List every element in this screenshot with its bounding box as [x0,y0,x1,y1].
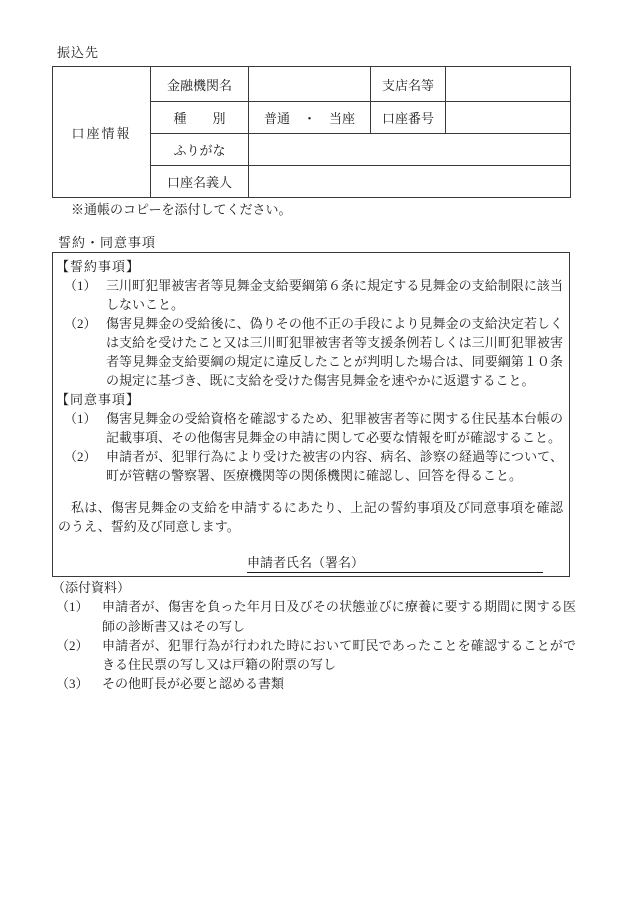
pledge-consent-box: 【誓約事項】 （1） 三川町犯罪被害者等見舞金支給要綱第６条に規定する見舞金の支… [52,252,570,577]
account-info-table: 口座情報 金融機関名 支店名等 種 別 普通 ・ 当座 口座番号 ふりがな 口座… [52,66,571,198]
form-page: 振込先 口座情報 金融機関名 支店名等 種 別 普通 ・ 当座 口座番号 ふりが… [0,0,630,903]
pledge-consent-heading: 誓約・同意事項 [58,232,156,251]
pledge-item-text: 三川町犯罪被害者等見舞金支給要綱第６条に規定する見舞金の支給制限に該当しないこと… [106,276,563,314]
account-type-options[interactable]: 普通 ・ 当座 [249,102,371,134]
furigana-field[interactable] [249,134,571,166]
attachment-item-number: （3） [56,674,102,693]
pledge-section-header: 【誓約事項】 [56,257,563,276]
pledge-item-number: （1） [64,276,106,295]
consent-item-text: 傷害見舞金の受給資格を確認するため、犯罪被害者等に関する住民基本台帳の記載事項、… [106,409,563,447]
account-number-label: 口座番号 [371,102,446,134]
account-type-label: 種 別 [151,102,249,134]
pledge-item: （1） 三川町犯罪被害者等見舞金支給要綱第６条に規定する見舞金の支給制限に該当し… [56,276,563,314]
pledge-item: （2） 傷害見舞金の受給後に、偽りその他不正の手段により見舞金の支給決定若しくは… [56,314,563,390]
declaration-paragraph: 私は、傷害見舞金の支給を申請するにあたり、上記の誓約事項及び同意事項を確認のうえ… [56,498,563,536]
furigana-label: ふりがな [151,134,249,166]
pledge-item-number: （2） [64,314,106,333]
table-row: 口座情報 金融機関名 支店名等 [53,67,571,102]
branch-name-field[interactable] [446,67,571,102]
signature-label: 申請者氏名（署名） [247,555,364,570]
attachments-section: （添付資料） （1） 申請者が、傷害を負った年月日及びその状態並びに療養に要する… [52,578,576,694]
account-holder-label: 口座名義人 [151,166,249,198]
transfer-destination-label: 振込先 [57,42,99,61]
account-number-field[interactable] [446,102,571,134]
attachment-item-number: （2） [56,636,102,655]
attachments-heading: （添付資料） [52,578,576,597]
branch-name-label: 支店名等 [371,67,446,102]
passbook-copy-note: ※通帳のコピーを添付してください。 [71,199,291,218]
consent-item: （2） 申請者が、犯罪行為により受けた被害の内容、病名、診察の経過等について、町… [56,447,563,485]
consent-section-header: 【同意事項】 [56,390,563,409]
attachment-item: （1） 申請者が、傷害を負った年月日及びその状態並びに療養に要する期間に関する医… [52,597,576,636]
attachment-item: （3） その他町長が必要と認める書類 [52,674,576,693]
attachment-item-number: （1） [56,597,102,616]
consent-item-number: （1） [64,409,106,428]
attachment-item-text: その他町長が必要と認める書類 [102,674,576,693]
attachment-item-text: 申請者が、犯罪行為が行われた時において町民であったことを確認することができる住民… [102,636,576,675]
account-holder-field[interactable] [249,166,571,198]
pledge-item-text: 傷害見舞金の受給後に、偽りその他不正の手段により見舞金の支給決定若しくは支給を受… [106,314,563,390]
financial-institution-field[interactable] [249,67,371,102]
account-info-header: 口座情報 [53,67,151,198]
consent-item-number: （2） [64,447,106,466]
signature-line[interactable]: 申請者氏名（署名） [247,554,543,573]
financial-institution-label: 金融機関名 [151,67,249,102]
consent-item: （1） 傷害見舞金の受給資格を確認するため、犯罪被害者等に関する住民基本台帳の記… [56,409,563,447]
attachment-item-text: 申請者が、傷害を負った年月日及びその状態並びに療養に要する期間に関する医師の診断… [102,597,576,636]
consent-item-text: 申請者が、犯罪行為により受けた被害の内容、病名、診察の経過等について、町が管轄の… [106,447,563,485]
attachment-item: （2） 申請者が、犯罪行為が行われた時において町民であったことを確認することがで… [52,636,576,675]
